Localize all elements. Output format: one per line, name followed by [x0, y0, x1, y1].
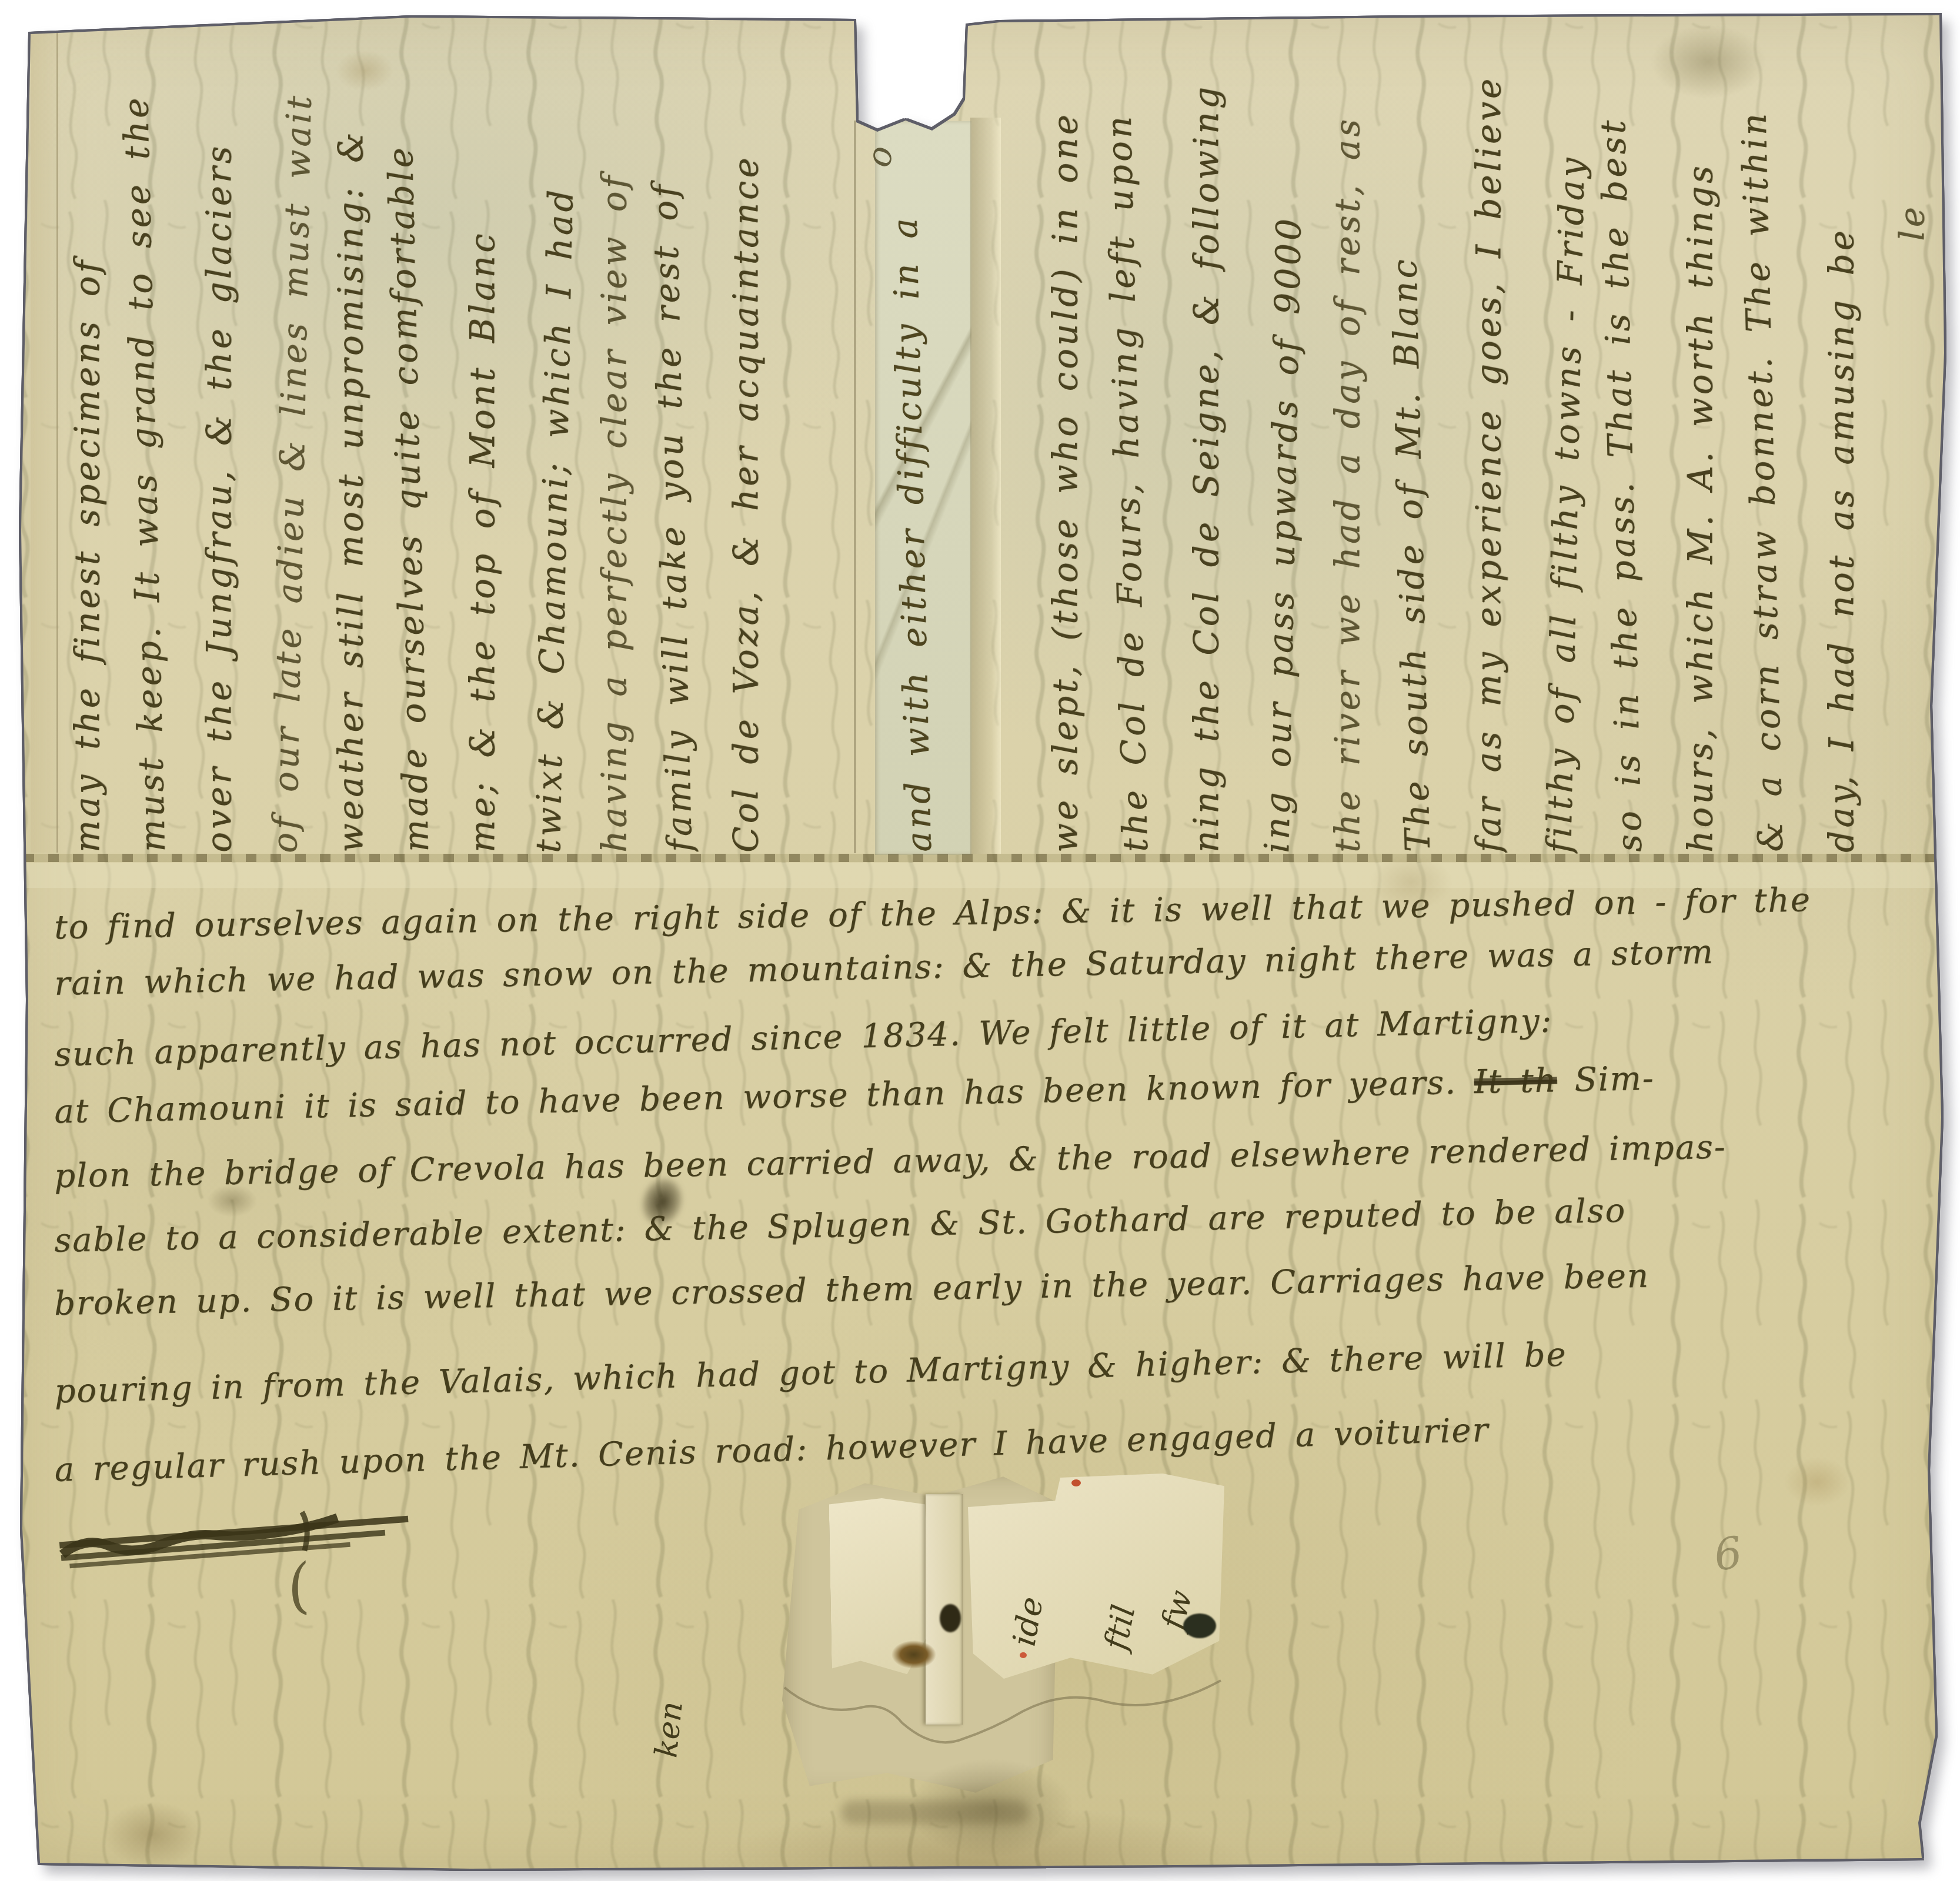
fold-crease: [24, 854, 1935, 862]
fold-seam-left: [854, 121, 856, 853]
seal-fragment-text: ftil: [1097, 1602, 1142, 1653]
line4-end: Sim-: [1557, 1060, 1655, 1100]
vertical-manuscript-line: may the finest specimens of: [62, 34, 112, 853]
vertical-manuscript-line: over the Jungfrau, & the glaciers: [193, 34, 244, 853]
seal-remnant: [940, 1604, 961, 1632]
vertical-manuscript-line: Col de Voza, & her acquaintance: [720, 34, 771, 853]
letter-scan: may the finest specimens of must keep. I…: [0, 0, 1960, 1881]
vertical-manuscript-line: we slept, (those who could) in one: [1040, 34, 1090, 853]
rust-speck: [1020, 1652, 1027, 1658]
seal-remnant: [1183, 1613, 1216, 1638]
vertical-manuscript-line: me; & the top of Mont Blanc: [457, 34, 507, 853]
left-edge-fold: [31, 32, 58, 853]
dirt-smear: [841, 1800, 1029, 1824]
vertical-manuscript-line-partial: le: [1886, 0, 1937, 853]
seal-remnant: [891, 1641, 936, 1669]
vertical-manuscript-line: having a perfectly clear view of: [589, 34, 639, 853]
struck-out-scribble: [55, 1496, 433, 1579]
paper-sheet: may the finest specimens of must keep. I…: [0, 0, 1960, 1881]
vertical-manuscript-line: hours, which M. A. worth things: [1675, 34, 1725, 853]
vertical-manuscript-line: weather still most unpromising: &: [325, 34, 376, 853]
struck-through-word: It th: [1474, 1061, 1557, 1101]
vertical-manuscript-line: far as my experience goes, I believe: [1463, 34, 1514, 853]
torn-paper-flap: ide ftil fw: [968, 1474, 1224, 1683]
rust-speck: [1071, 1479, 1081, 1486]
paper-outline: may the finest specimens of must keep. I…: [0, 0, 1960, 1881]
seal-fragment-text: ide: [1006, 1594, 1051, 1649]
fold-seam-right: [970, 118, 1001, 854]
vertical-manuscript-line: the river we had a day of rest, as: [1322, 34, 1373, 853]
vertical-manuscript-line: day, I had not as amusing be: [1816, 34, 1866, 853]
vertical-manuscript-line: ning the Col de Seigne, & following: [1181, 34, 1231, 853]
